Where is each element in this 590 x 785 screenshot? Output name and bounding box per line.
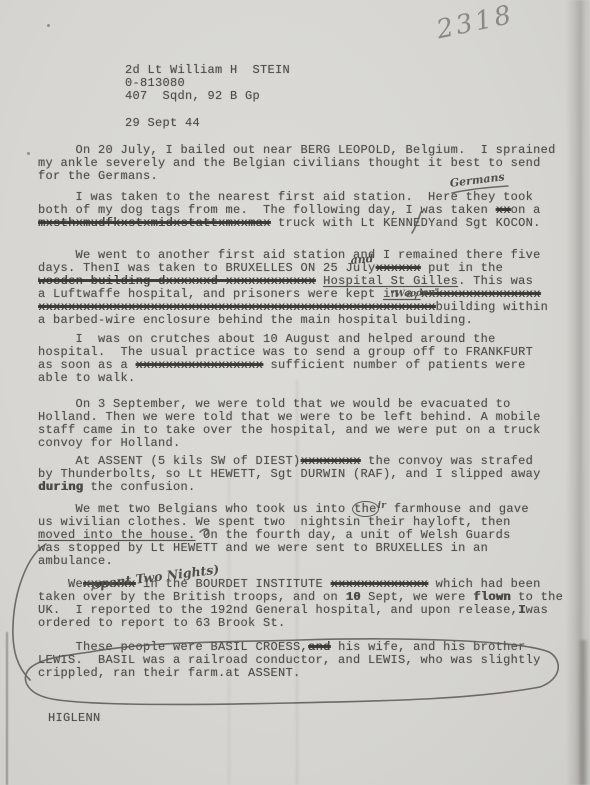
handwritten-and: and	[350, 252, 374, 267]
paragraph-evacuation: On 3 September, we were told that we wou…	[38, 398, 541, 450]
typed-line: mxsthxmudfkxstxmidxstattxmxxmax truck wi…	[38, 217, 541, 230]
typed-line: ambulance.	[38, 555, 529, 568]
typed-line: convoy for Holland.	[38, 437, 541, 450]
typed-line: ordered to report to 63 Brook St.	[38, 617, 563, 630]
scanned-page: 2318 2d Lt William H STEIN 0-813080 407 …	[0, 0, 590, 785]
scan-streak-right	[566, 0, 590, 785]
typed-header: 2d Lt William H STEIN 0-813080 407 Sqdn,…	[125, 64, 290, 103]
typed-line: a barbed-wire enclosure behind the main …	[38, 314, 548, 327]
scan-speck	[27, 152, 30, 155]
typed-line: able to walk.	[38, 372, 533, 385]
paragraph-belgians: We met two Belgians who took us into the…	[38, 503, 529, 568]
paragraph-crutches: I was on crutches about 10 August and he…	[38, 333, 533, 385]
paragraph-helpers-circled: These people were BASIL CROESS,and his w…	[38, 641, 541, 680]
date-line: 29 Sept 44	[125, 116, 200, 130]
typed-line: crippled, ran their farm.at ASSENT.	[38, 667, 541, 680]
scan-streak-corner	[578, 640, 588, 785]
scan-edge-left	[6, 632, 8, 785]
paragraph-assent-strafing: At ASSENT (5 kils SW of DIEST)xxxxxxxx t…	[38, 455, 541, 494]
header-unit-line: 407 Sqdn, 92 B Gp	[125, 90, 290, 103]
paragraph-first-aid: I was taken to the nearest first aid sta…	[38, 191, 541, 230]
pencil-page-number: 2318	[434, 0, 517, 45]
typed-line: during the confusion.	[38, 481, 541, 494]
scan-speck	[47, 24, 50, 27]
signature-initials: HIGLENN	[48, 711, 101, 725]
paragraph-bruxelles-hospital: We went to another first aid station and…	[38, 249, 548, 327]
